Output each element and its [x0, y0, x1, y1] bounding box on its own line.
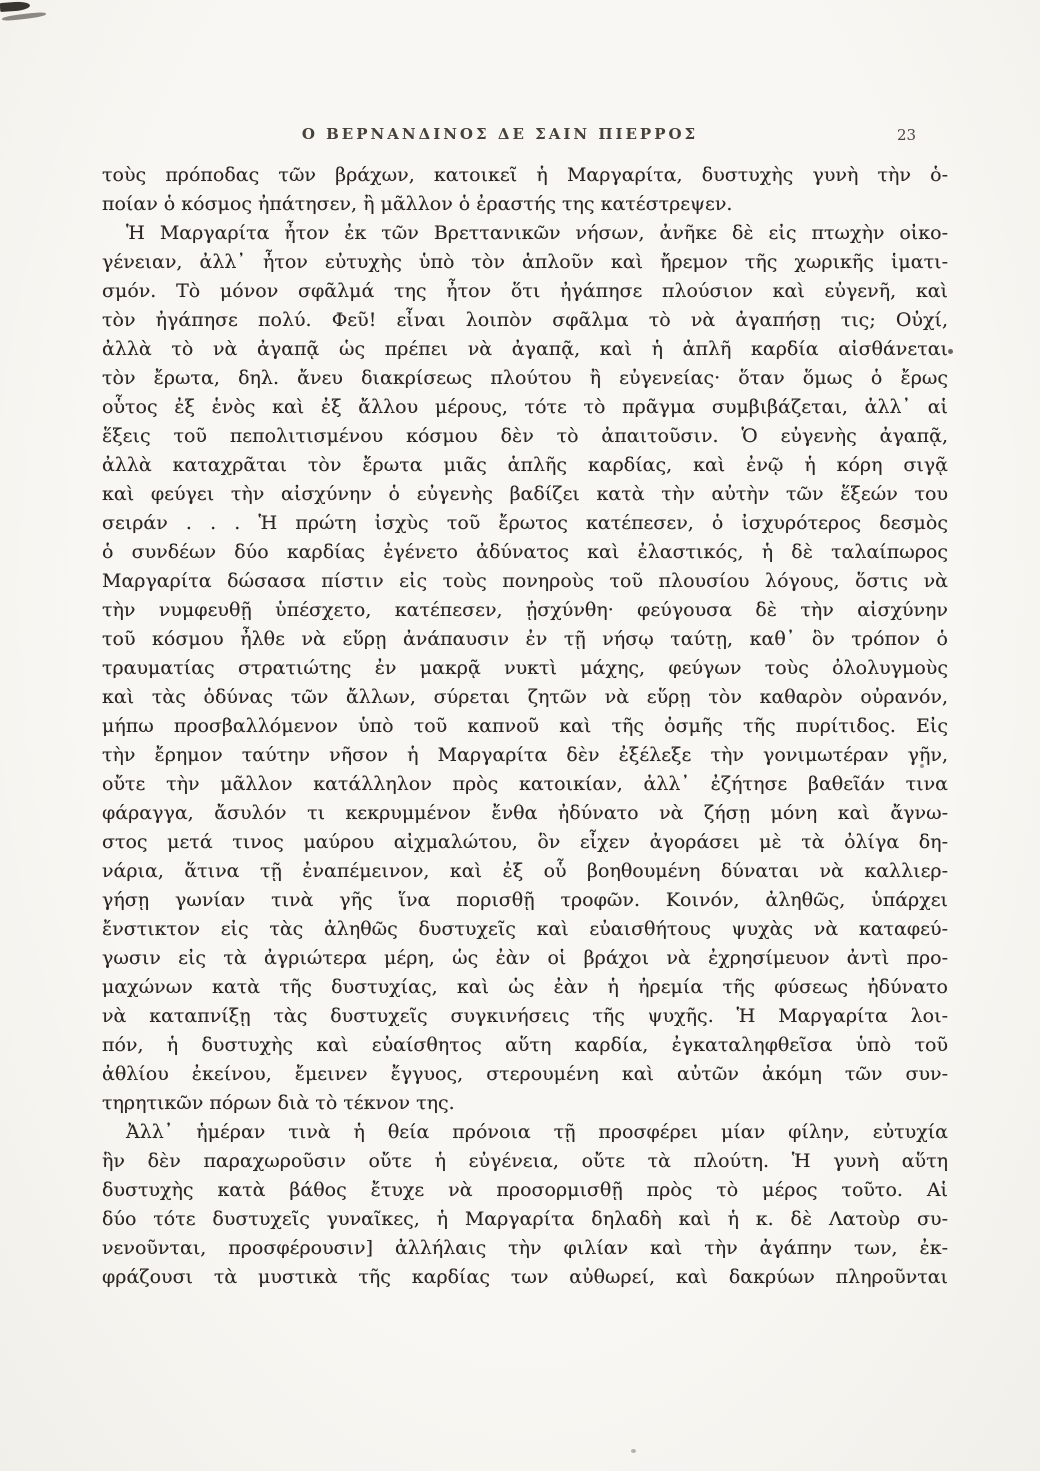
text-line: τοῦ κόσμου ἦλθε νὰ εὕρῃ ἀνάπαυσιν ἐν τῇ …	[102, 625, 948, 654]
text-line: δύο τότε δυστυχεῖς γυναῖκες, ἡ Μαργαρίτα…	[102, 1205, 948, 1234]
scan-artifact	[631, 1449, 636, 1453]
text-line: γένειαν, ἀλλ᾽ ἦτον εὐτυχὴς ὑπὸ τὸν ἁπλοῦ…	[102, 248, 948, 277]
text-line: ἀλλὰ τὸ νὰ ἀγαπᾷ ὡς πρέπει νὰ ἀγαπᾷ, καὶ…	[102, 335, 948, 364]
scan-artifact	[948, 349, 953, 354]
text-line: οὗτος ἐξ ἑνὸς καὶ ἐξ ἄλλου μέρους, τότε …	[102, 393, 948, 422]
text-line: τὴν νυμφευθῇ ὑπέσχετο, κατέπεσεν, ᾐσχύνθ…	[102, 596, 948, 625]
text-line: τοὺς πρόποδας τῶν βράχων, κατοικεῖ ἡ Μαρ…	[102, 161, 948, 190]
text-line: φάραγγα, ἄσυλόν τι κεκρυμμένον ἔνθα ἠδύν…	[102, 799, 948, 828]
text-line: νάρια, ἅτινα τῇ ἐναπέμεινον, καὶ ἐξ οὗ β…	[102, 857, 948, 886]
page-number: 23	[897, 126, 916, 144]
text-line: σμόν. Τὸ μόνον σφᾶλμά της ἦτον ὅτι ἠγάπη…	[102, 277, 948, 306]
text-line: ὁ συνδέων δύο καρδίας ἐγένετο ἀδύνατος κ…	[102, 538, 948, 567]
text-line: ποίαν ὁ κόσμος ἠπάτησεν, ἢ μᾶλλον ὁ ἐρασ…	[102, 190, 948, 219]
text-line: νὰ καταπνίξῃ τὰς δυστυχεῖς συγκινήσεις τ…	[102, 1002, 948, 1031]
text-line: γωσιν εἰς τὰ ἀγριώτερα μέρη, ὡς ἐὰν οἱ β…	[102, 944, 948, 973]
text-line: νενοῦνται, προσφέρουσιν] ἀλλήλαις τὴν φι…	[102, 1234, 948, 1263]
scanned-book-page: Ο ΒΕΡΝΑΝΔΙΝΟΣ ΔΕ ΣΑΙΝ ΠΙΕΡΡΟΣ 23 τοὺς πρ…	[0, 0, 1040, 1471]
text-line: ἕξεις τοῦ πεπολιτισμένου κόσμου δὲν τὸ ἀ…	[102, 422, 948, 451]
text-line: καὶ φεύγει τὴν αἰσχύνην ὁ εὐγενὴς βαδίζε…	[102, 480, 948, 509]
header-title: Ο ΒΕΡΝΑΝΔΙΝΟΣ ΔΕ ΣΑΙΝ ΠΙΕΡΡΟΣ	[180, 125, 820, 143]
text-line: ἔνστικτον εἰς τὰς ἀληθῶς δυστυχεῖς καὶ ε…	[102, 915, 948, 944]
text-line: δυστυχὴς κατὰ βάθος ἔτυχε νὰ προσορμισθῇ…	[102, 1176, 948, 1205]
text-line: οὔτε τὴν μᾶλλον κατάλληλον πρὸς κατοικία…	[102, 770, 948, 799]
text-line: τηρητικῶν πόρων διὰ τὸ τέκνον της.	[102, 1089, 948, 1118]
text-line: ἀθλίου ἐκείνου, ἔμεινεν ἔγγυος, στερουμέ…	[102, 1060, 948, 1089]
text-line: μαχώνων κατὰ τῆς δυστυχίας, καὶ ὡς ἐὰν ἡ…	[102, 973, 948, 1002]
scan-artifact	[920, 764, 924, 768]
text-line: ἣν δὲν παραχωροῦσιν οὔτε ἡ εὐγένεια, οὔτ…	[102, 1147, 948, 1176]
text-line: τὸν ἔρωτα, δηλ. ἄνευ διακρίσεως πλούτου …	[102, 364, 948, 393]
text-line: τὸν ἠγάπησε πολύ. Φεῦ! εἶναι λοιπὸν σφᾶλ…	[102, 306, 948, 335]
text-line: στος μετά τινος μαύρου αἰχμαλώτου, ὃν εἶ…	[102, 828, 948, 857]
text-line: τραυματίας στρατιώτης ἐν μακρᾷ νυκτὶ μάχ…	[102, 654, 948, 683]
text-line: γήσῃ γωνίαν τινὰ γῆς ἵνα πορισθῇ τροφῶν.…	[102, 886, 948, 915]
text-line: φράζουσι τὰ μυστικὰ τῆς καρδίας των αὐθω…	[102, 1263, 948, 1292]
text-line: Μαργαρίτα δώσασα πίστιν εἰς τοὺς πονηροὺ…	[102, 567, 948, 596]
text-line: πόν, ἡ δυστυχὴς καὶ εὐαίσθητος αὕτη καρδ…	[102, 1031, 948, 1060]
body-text: τοὺς πρόποδας τῶν βράχων, κατοικεῖ ἡ Μαρ…	[102, 161, 948, 1292]
text-line: καὶ τὰς ὀδύνας τῶν ἄλλων, σύρεται ζητῶν …	[102, 683, 948, 712]
text-line: Ἡ Μαργαρίτα ἦτον ἐκ τῶν Βρεττανικῶν νήσω…	[102, 219, 948, 248]
text-line: μήπω προσβαλλόμενον ὑπὸ τοῦ καπνοῦ καὶ τ…	[102, 712, 948, 741]
text-line: σειράν . . . Ἡ πρώτη ἰσχὺς τοῦ ἔρωτος κα…	[102, 509, 948, 538]
text-line: τὴν ἔρημον ταύτην νῆσον ἡ Μαργαρίτα δὲν …	[102, 741, 948, 770]
scan-artifact	[2, 11, 46, 21]
text-line: ἀλλὰ καταχρᾶται τὸν ἔρωτα μιᾶς ἁπλῆς καρ…	[102, 451, 948, 480]
running-header: Ο ΒΕΡΝΑΝΔΙΝΟΣ ΔΕ ΣΑΙΝ ΠΙΕΡΡΟΣ 23	[0, 125, 1040, 149]
scan-artifact	[0, 1, 30, 12]
text-line: Ἀλλ᾽ ἡμέραν τινὰ ἡ θεία πρόνοια τῇ προσφ…	[102, 1118, 948, 1147]
